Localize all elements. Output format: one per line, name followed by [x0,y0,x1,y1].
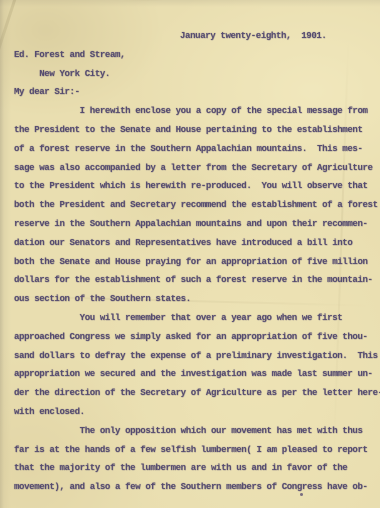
body-line: that the majority of the lumbermen are w… [14,459,376,478]
body-line: the President to the Senate and House pe… [14,121,376,140]
letter-date: January twenty-eighth, 1901. [14,27,376,46]
letter-page: January twenty-eighth, 1901. Ed. Forest … [0,0,380,508]
body-line: I herewith enclose you a copy of the spe… [14,102,376,121]
body-line: You will remember that over a year ago w… [14,309,376,328]
letter-content: January twenty-eighth, 1901. Ed. Forest … [0,0,380,508]
body-line: The only opposition which our movement h… [14,422,376,441]
salutation: My dear Sir:- [14,83,376,102]
body-line: dollars for the establishment of such a … [14,271,376,290]
body-line: sage was also accompanied by a letter fr… [14,159,376,178]
body-line: of a forest reserve in the Southern Appa… [14,140,376,159]
body-line: to the President which is herewith re-pr… [14,177,376,196]
addressee-city: New York City. [14,65,376,84]
body-line: movement), and also a few of the Souther… [14,478,376,497]
body-line: far is at the hands of a few selfish lum… [14,441,376,460]
body-line: der the direction of the Secretary of Ag… [14,384,376,403]
body-line: approached Congress we simply asked for … [14,328,376,347]
body-line: both the President and Secretary recomme… [14,196,376,215]
letter-body: I herewith enclose you a copy of the spe… [14,102,376,497]
body-line: with enclosed. [14,403,376,422]
body-line: ous section of the Southern states. [14,290,376,309]
body-line: reserve in the Southern Appalachian moun… [14,215,376,234]
addressee-name: Ed. Forest and Stream, [14,46,376,65]
body-line: sand dollars to defray the expense of a … [14,347,376,366]
body-line: dation our Senators and Representatives … [14,234,376,253]
body-line: appropriation we secured and the investi… [14,365,376,384]
body-line: both the Senate and House praying for an… [14,253,376,272]
